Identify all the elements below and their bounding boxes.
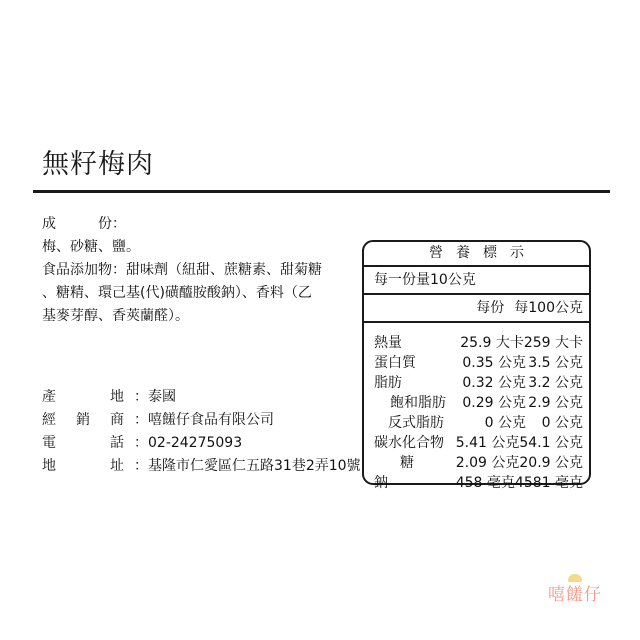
nutrition-row: 碳水化合物 5.41 公克 54.1 公克 bbox=[364, 433, 589, 453]
brand-logo-text: 嘻饈仔 bbox=[548, 580, 618, 605]
ingredients-text: 梅、砂糖、鹽。 食品添加物：甜味劑（紐甜、蔗糖素、甜菊糖 、糖精、環己基(代)磺… bbox=[42, 236, 332, 328]
ingredients-label: 成份： bbox=[42, 213, 126, 233]
nutrition-facts-table: 營養標示 每一份量10公克 每份 每100公克 熱量 25.9 大卡 259 大… bbox=[362, 240, 591, 485]
ingredients-label-left: 成 bbox=[42, 216, 56, 232]
nutrition-row: 熱量 25.9 大卡 259 大卡 bbox=[364, 333, 589, 353]
address-value: 基隆市仁愛區仁五路31巷2弄10號 bbox=[148, 455, 361, 478]
col-per-serving: 每份 bbox=[476, 295, 504, 321]
nutrition-column-headers: 每份 每100公克 bbox=[364, 295, 589, 323]
nutrition-row: 脂肪 0.32 公克 3.2 公克 bbox=[364, 373, 589, 393]
info-row-distributor: 經銷商： 嘻饈仔食品有限公司 bbox=[42, 409, 361, 432]
logo-hat-icon bbox=[568, 574, 582, 582]
title-divider bbox=[33, 190, 610, 193]
col-per-100g: 每100公克 bbox=[514, 295, 583, 321]
product-info: 產地： 泰國 經銷商： 嘻饈仔食品有限公司 電話： 02-24275093 地址… bbox=[42, 386, 361, 478]
nutrition-header: 營養標示 bbox=[364, 242, 589, 267]
ingredients-label-right: 份： bbox=[98, 216, 126, 232]
nutrition-rows: 熱量 25.9 大卡 259 大卡 蛋白質 0.35 公克 3.5 公克 脂肪 … bbox=[364, 323, 589, 493]
product-title: 無籽梅肉 bbox=[42, 142, 154, 181]
ingredients-line: 食品添加物：甜味劑（紐甜、蔗糖素、甜菊糖 bbox=[42, 259, 332, 282]
nutrition-row: 反式脂肪 0 公克 0 公克 bbox=[364, 413, 589, 433]
nutrition-row: 飽和脂肪 0.29 公克 2.9 公克 bbox=[364, 393, 589, 413]
origin-value: 泰國 bbox=[148, 386, 176, 409]
info-row-address: 地址： 基隆市仁愛區仁五路31巷2弄10號 bbox=[42, 455, 361, 478]
info-row-phone: 電話： 02-24275093 bbox=[42, 432, 361, 455]
nutrition-row: 鈉 458 毫克 4581 毫克 bbox=[364, 473, 589, 493]
info-row-origin: 產地： 泰國 bbox=[42, 386, 361, 409]
nutrition-row: 蛋白質 0.35 公克 3.5 公克 bbox=[364, 353, 589, 373]
ingredients-line: 梅、砂糖、鹽。 bbox=[42, 236, 332, 259]
serving-size: 每一份量10公克 bbox=[364, 267, 589, 295]
nutrition-row: 糖 2.09 公克 20.9 公克 bbox=[364, 453, 589, 473]
brand-logo: 嘻饈仔 bbox=[548, 580, 618, 620]
distributor-value: 嘻饈仔食品有限公司 bbox=[148, 409, 274, 432]
ingredients-line: 基麥芽醇、香莢蘭醛）。 bbox=[42, 305, 332, 328]
phone-value: 02-24275093 bbox=[148, 432, 242, 455]
ingredients-line: 、糖精、環己基(代)磺醯胺酸鈉）、香料（乙 bbox=[42, 282, 332, 305]
